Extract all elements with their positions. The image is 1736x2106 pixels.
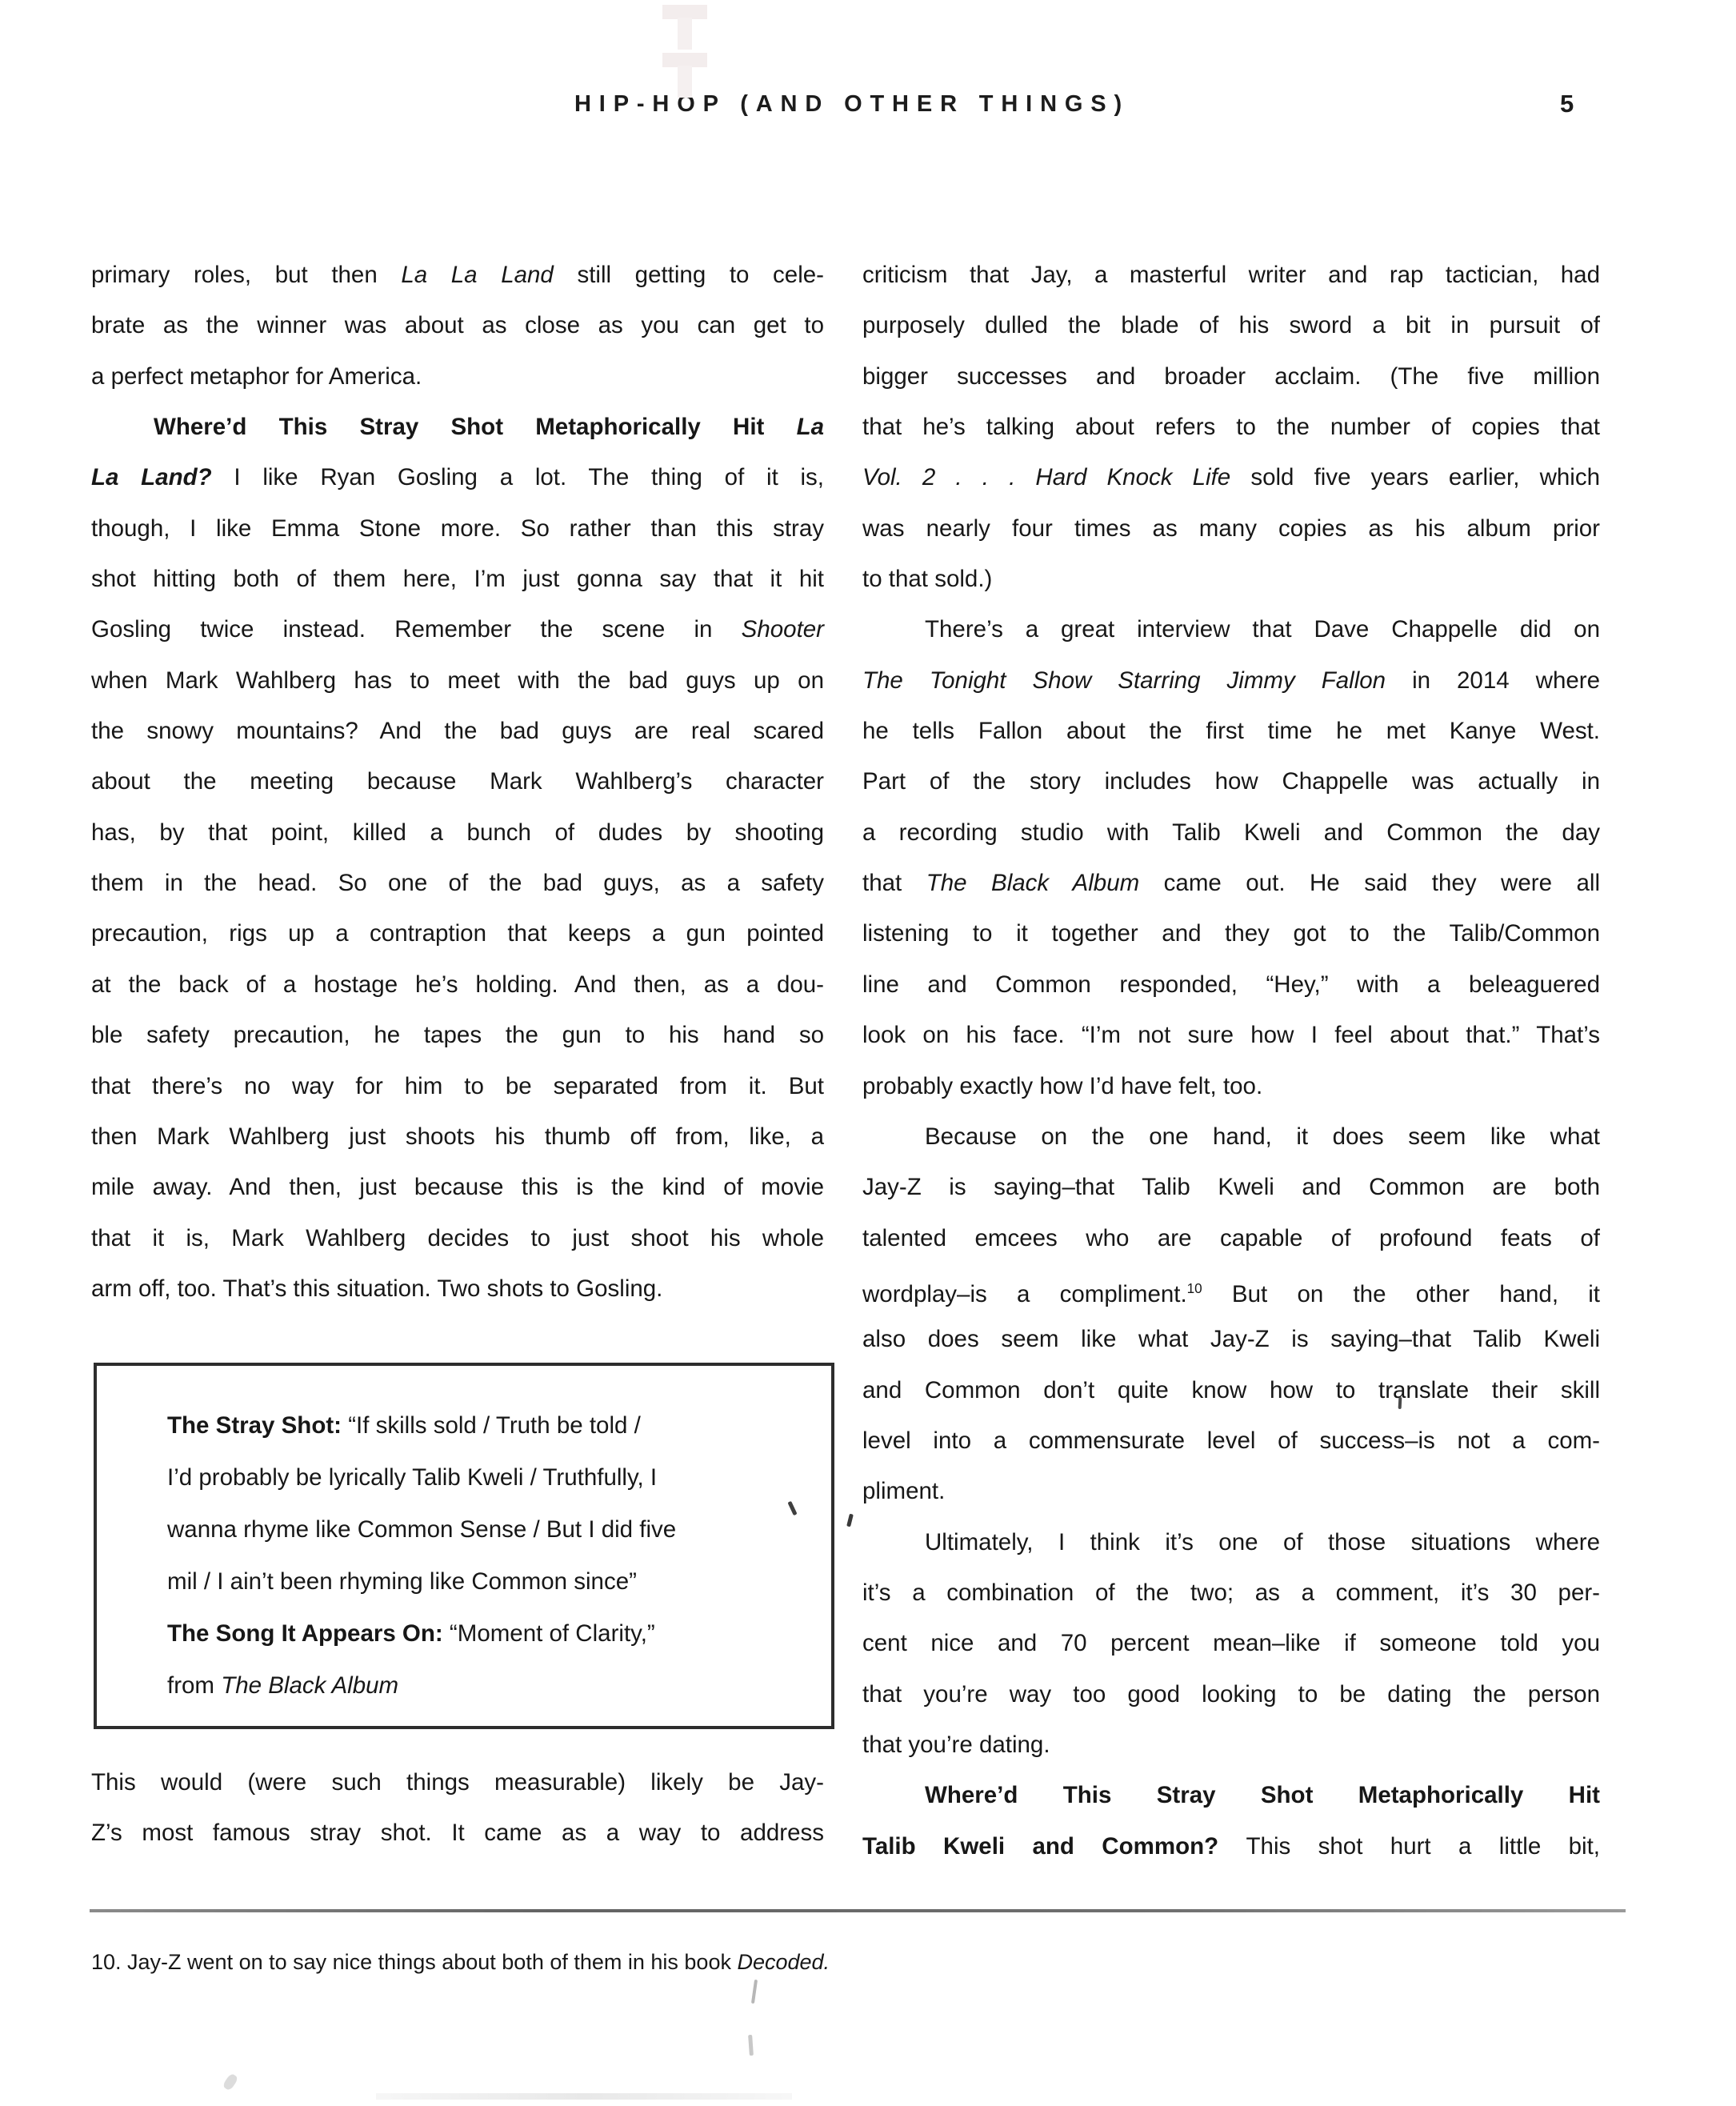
- text-line: line and Common responded, “Hey,” with a…: [862, 959, 1600, 1010]
- text-segment: criticism that Jay, a masterful writer a…: [862, 262, 1600, 288]
- text-segment: look on his face. “I’m not sure how I fe…: [862, 1022, 1600, 1048]
- text-segment: about the meeting because Mark Wahlberg’…: [91, 768, 824, 795]
- text-line: Because on the one hand, it does seem li…: [862, 1111, 1600, 1162]
- text-segment: at the back of a hostage he’s holding. A…: [91, 971, 824, 998]
- text-line: The Tonight Show Starring Jimmy Fallon i…: [862, 655, 1600, 706]
- text-line: listening to it together and they got to…: [862, 908, 1600, 959]
- text-segment: The Song It Appears On:: [167, 1620, 450, 1647]
- text-line: The Song It Appears On: “Moment of Clari…: [167, 1608, 809, 1660]
- scan-artifact-bottom-2: [748, 2035, 754, 2056]
- text-line: that there’s no way for him to be separa…: [91, 1061, 824, 1111]
- text-segment: brate as the winner was about as close a…: [91, 312, 824, 338]
- text-line: Where’d This Stray Shot Metaphorically H…: [91, 402, 824, 452]
- text-line: probably exactly how I’d have felt, too.: [862, 1061, 1600, 1111]
- text-line: a recording studio with Talib Kweli and …: [862, 807, 1600, 858]
- text-segment: Shooter: [742, 616, 824, 643]
- text-line: then Mark Wahlberg just shoots his thumb…: [91, 1111, 824, 1162]
- text-segment: then Mark Wahlberg just shoots his thumb…: [91, 1123, 824, 1150]
- text-segment: that: [862, 870, 926, 896]
- text-segment: purposely dulled the blade of his sword …: [862, 312, 1600, 338]
- text-segment: Z’s most famous stray shot. It came as a…: [91, 1820, 824, 1846]
- text-segment: Gosling twice instead. Remember the scen…: [91, 616, 742, 643]
- text-line: cent nice and 70 percent mean–like if so…: [862, 1618, 1600, 1668]
- text-line: Where’d This Stray Shot Metaphorically H…: [862, 1770, 1600, 1820]
- text-segment: a recording studio with Talib Kweli and …: [862, 819, 1600, 846]
- text-segment: The Tonight Show Starring Jimmy Fallon: [862, 667, 1386, 694]
- text-line: I’d probably be lyrically Talib Kweli / …: [167, 1451, 809, 1503]
- below-box-paragraph: This would (were such things measurable)…: [91, 1757, 824, 1859]
- scan-artifact-bottom-smudge: [376, 2093, 792, 2100]
- text-segment: La Land?: [91, 464, 212, 490]
- text-segment: primary roles, but then: [91, 262, 401, 288]
- text-segment: The Black Album: [221, 1672, 398, 1699]
- text-segment: Part of the story includes how Chappelle…: [862, 768, 1600, 795]
- text-line: There’s a great interview that Dave Chap…: [862, 604, 1600, 655]
- text-line: it’s a combination of the two; as a comm…: [862, 1567, 1600, 1618]
- right-column: criticism that Jay, a masterful writer a…: [862, 250, 1600, 1872]
- text-segment: precaution, rigs up a contraption that k…: [91, 920, 824, 947]
- text-line: ble safety precaution, he tapes the gun …: [91, 1010, 824, 1060]
- text-line: precaution, rigs up a contraption that k…: [91, 908, 824, 959]
- text-segment: Vol. 2 . . . Hard Knock Life: [862, 464, 1230, 490]
- stray-shot-callout-box: The Stray Shot: “If skills sold / Truth …: [94, 1363, 834, 1729]
- text-segment: shot hitting both of them here, I’m just…: [91, 566, 824, 592]
- text-segment: arm off, too. That’s this situation. Two…: [91, 1275, 662, 1302]
- text-line: has, by that point, killed a bunch of du…: [91, 807, 824, 858]
- text-line: about the meeting because Mark Wahlberg’…: [91, 756, 824, 807]
- text-segment: was nearly four times as many copies as …: [862, 515, 1600, 542]
- text-segment: probably exactly how I’d have felt, too.: [862, 1073, 1262, 1099]
- text-segment: The Stray Shot:: [167, 1412, 348, 1439]
- text-segment: pliment.: [862, 1478, 945, 1504]
- text-line: primary roles, but then La La Land still…: [91, 250, 824, 300]
- text-line: 10. Jay-Z went on to say nice things abo…: [91, 1946, 1451, 1978]
- text-segment: that you’re dating.: [862, 1732, 1050, 1758]
- text-segment: listening to it together and they got to…: [862, 920, 1600, 947]
- text-line: to that sold.): [862, 554, 1600, 604]
- text-segment: Where’d This Stray Shot Metaphorically H…: [154, 414, 797, 440]
- text-line: that The Black Album came out. He said t…: [862, 858, 1600, 908]
- text-segment: But on the other hand, it: [1202, 1281, 1600, 1307]
- text-segment: from: [167, 1672, 221, 1699]
- text-segment: I’d probably be lyrically Talib Kweli / …: [167, 1464, 657, 1491]
- scan-artifact-level-tick: [846, 1514, 854, 1527]
- text-line: when Mark Wahlberg has to meet with the …: [91, 655, 824, 706]
- text-segment: cent nice and 70 percent mean–like if so…: [862, 1630, 1600, 1656]
- text-segment: he tells Fallon about the first time he …: [862, 718, 1600, 744]
- footnote: 10. Jay-Z went on to say nice things abo…: [91, 1946, 1451, 1978]
- text-segment: ble safety precaution, he tapes the gun …: [91, 1022, 824, 1048]
- text-line: that you’re dating.: [862, 1720, 1600, 1770]
- text-line: brate as the winner was about as close a…: [91, 300, 824, 350]
- text-segment: “Moment of Clarity,”: [450, 1620, 655, 1647]
- text-segment: talented emcees who are capable of profo…: [862, 1225, 1600, 1251]
- text-segment: in 2014 where: [1386, 667, 1600, 694]
- text-line: wordplay–is a compliment.10 But on the o…: [862, 1263, 1600, 1314]
- book-page: { "page": { "header": "HIP-HOP (AND OTHE…: [0, 0, 1736, 2106]
- text-segment: Where’d This Stray Shot Metaphorically H…: [925, 1782, 1600, 1808]
- text-line: at the back of a hostage he’s holding. A…: [91, 959, 824, 1010]
- text-segment: that he’s talking about refers to the nu…: [862, 414, 1600, 440]
- text-line: bigger successes and broader acclaim. (T…: [862, 351, 1600, 402]
- scan-artifact-profound-tick: [1398, 1397, 1402, 1409]
- scan-artifact-bottom-1: [751, 1980, 758, 2004]
- text-segment: when Mark Wahlberg has to meet with the …: [91, 667, 824, 694]
- text-line: wanna rhyme like Common Sense / But I di…: [167, 1503, 809, 1555]
- text-line: This would (were such things measurable)…: [91, 1757, 824, 1808]
- text-segment: it’s a combination of the two; as a comm…: [862, 1579, 1600, 1606]
- text-segment: that there’s no way for him to be separa…: [91, 1073, 824, 1099]
- text-segment: line and Common responded, “Hey,” with a…: [862, 971, 1600, 998]
- text-line: Talib Kweli and Common? This shot hurt a…: [862, 1821, 1600, 1872]
- text-line: Part of the story includes how Chappelle…: [862, 756, 1600, 807]
- text-segment: Talib Kweli and Common?: [862, 1833, 1246, 1860]
- text-line: he tells Fallon about the first time he …: [862, 706, 1600, 756]
- text-line: them in the head. So one of the bad guys…: [91, 858, 824, 908]
- text-segment: Ultimately, I think it’s one of those si…: [925, 1529, 1600, 1555]
- footnote-rule: [90, 1909, 1626, 1912]
- text-line: look on his face. “I’m not sure how I fe…: [862, 1010, 1600, 1060]
- text-segment: “If skills sold / Truth be told /: [348, 1412, 641, 1439]
- text-segment: There’s a great interview that Dave Chap…: [925, 616, 1600, 643]
- text-segment: Because on the one hand, it does seem li…: [925, 1123, 1600, 1150]
- text-segment: La: [797, 414, 824, 440]
- text-segment: bigger successes and broader acclaim. (T…: [862, 363, 1600, 390]
- text-line: Ultimately, I think it’s one of those si…: [862, 1517, 1600, 1567]
- text-line: though, I like Emma Stone more. So rathe…: [91, 503, 824, 554]
- text-segment: and Common don’t quite know how to trans…: [862, 1377, 1600, 1403]
- text-segment: has, by that point, killed a bunch of du…: [91, 819, 824, 846]
- text-line: criticism that Jay, a masterful writer a…: [862, 250, 1600, 300]
- text-line: that you’re way too good looking to be d…: [862, 1669, 1600, 1720]
- text-line: that it is, Mark Wahlberg decides to jus…: [91, 1213, 824, 1263]
- text-segment: still getting to cele-: [554, 262, 824, 288]
- text-line: and Common don’t quite know how to trans…: [862, 1365, 1600, 1415]
- text-segment: also does seem like what Jay-Z is saying…: [862, 1326, 1600, 1352]
- text-segment: level into a commensurate level of succe…: [862, 1427, 1600, 1454]
- text-segment: mil / I ain’t been rhyming like Common s…: [167, 1568, 637, 1595]
- text-segment: La La Land: [401, 262, 553, 288]
- text-line: also does seem like what Jay-Z is saying…: [862, 1314, 1600, 1364]
- text-segment: that it is, Mark Wahlberg decides to jus…: [91, 1225, 824, 1251]
- text-segment: 10. Jay-Z went on to say nice things abo…: [91, 1950, 737, 1974]
- text-segment: wanna rhyme like Common Sense / But I di…: [167, 1516, 676, 1543]
- text-segment: though, I like Emma Stone more. So rathe…: [91, 515, 824, 542]
- text-segment: mile away. And then, just because this i…: [91, 1174, 824, 1200]
- text-line: that he’s talking about refers to the nu…: [862, 402, 1600, 452]
- text-line: Jay-Z is saying–that Talib Kweli and Com…: [862, 1162, 1600, 1212]
- text-segment: Decoded.: [737, 1950, 830, 1974]
- text-line: pliment.: [862, 1466, 1600, 1516]
- text-segment: sold five years earlier, which: [1230, 464, 1600, 490]
- text-segment: Jay-Z is saying–that Talib Kweli and Com…: [862, 1174, 1600, 1200]
- text-line: mil / I ain’t been rhyming like Common s…: [167, 1555, 809, 1608]
- text-segment: I like Ryan Gosling a lot. The thing of …: [212, 464, 824, 490]
- scan-artifact-top-1: [662, 5, 707, 50]
- text-segment: the snowy mountains? And the bad guys ar…: [91, 718, 824, 744]
- text-line: the snowy mountains? And the bad guys ar…: [91, 706, 824, 756]
- page-number: 5: [1560, 90, 1574, 118]
- text-segment: to that sold.): [862, 566, 992, 592]
- scan-artifact-top-2: [662, 53, 707, 98]
- text-line: shot hitting both of them here, I’m just…: [91, 554, 824, 604]
- text-line: arm off, too. That’s this situation. Two…: [91, 1263, 824, 1314]
- text-segment: 10: [1187, 1281, 1202, 1296]
- text-line: The Stray Shot: “If skills sold / Truth …: [167, 1399, 809, 1451]
- text-segment: This shot hurt a little bit,: [1246, 1833, 1600, 1860]
- text-line: Gosling twice instead. Remember the scen…: [91, 604, 824, 655]
- text-segment: wordplay–is a compliment.: [862, 1281, 1187, 1307]
- text-segment: came out. He said they were all: [1139, 870, 1600, 896]
- text-segment: them in the head. So one of the bad guys…: [91, 870, 824, 896]
- text-line: level into a commensurate level of succe…: [862, 1415, 1600, 1466]
- text-line: mile away. And then, just because this i…: [91, 1162, 824, 1212]
- scan-artifact-bottom-3: [222, 2072, 238, 2091]
- text-line: was nearly four times as many copies as …: [862, 503, 1600, 554]
- text-line: talented emcees who are capable of profo…: [862, 1213, 1600, 1263]
- text-line: a perfect metaphor for America.: [91, 351, 824, 402]
- text-line: La Land? I like Ryan Gosling a lot. The …: [91, 452, 824, 502]
- text-segment: that you’re way too good looking to be d…: [862, 1681, 1600, 1708]
- text-segment: a perfect metaphor for America.: [91, 363, 422, 390]
- left-column: primary roles, but then La La Land still…: [91, 250, 824, 1314]
- text-segment: The Black Album: [926, 870, 1139, 896]
- text-segment: This would (were such things measurable)…: [91, 1769, 824, 1796]
- text-line: Z’s most famous stray shot. It came as a…: [91, 1808, 824, 1858]
- text-line: purposely dulled the blade of his sword …: [862, 300, 1600, 350]
- running-head: HIP-HOP (AND OTHER THINGS): [0, 91, 1704, 118]
- text-line: from The Black Album: [167, 1660, 809, 1712]
- text-line: Vol. 2 . . . Hard Knock Life sold five y…: [862, 452, 1600, 502]
